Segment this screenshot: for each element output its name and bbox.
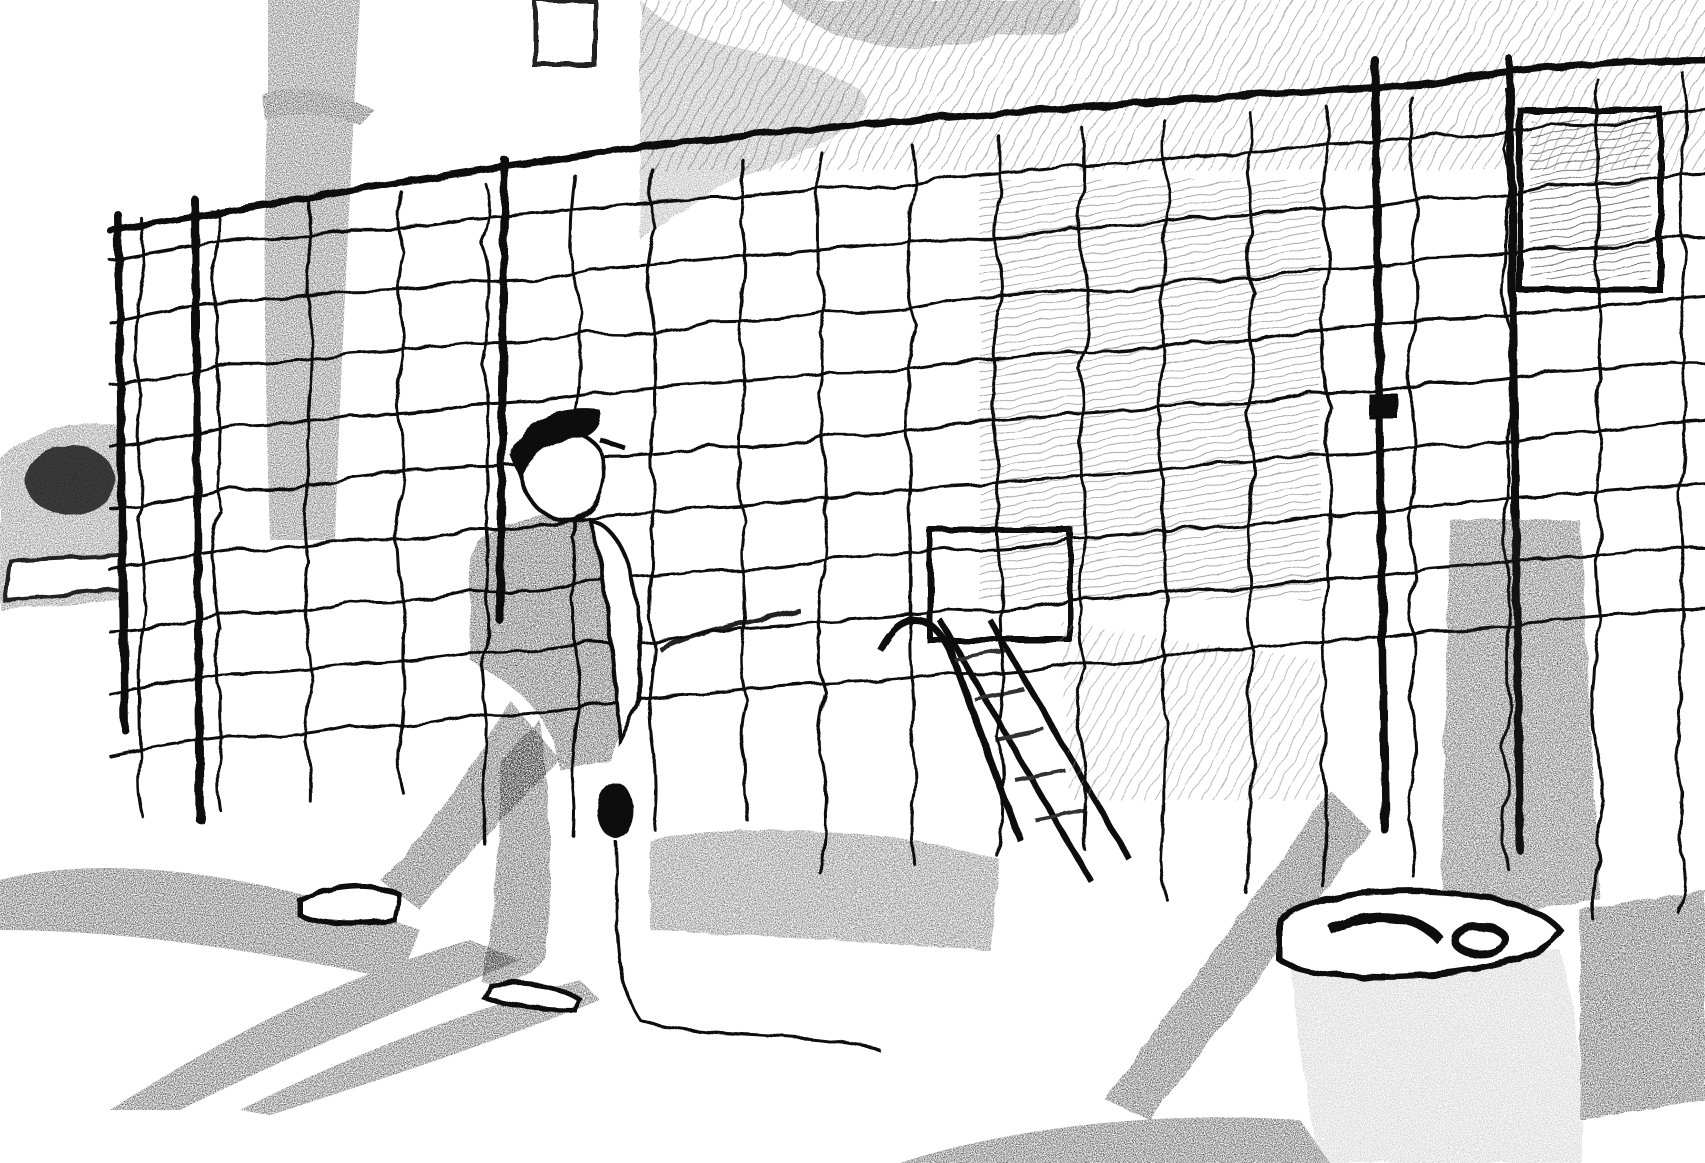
sketch-illustration xyxy=(0,0,1705,1163)
parked-car xyxy=(0,424,125,610)
